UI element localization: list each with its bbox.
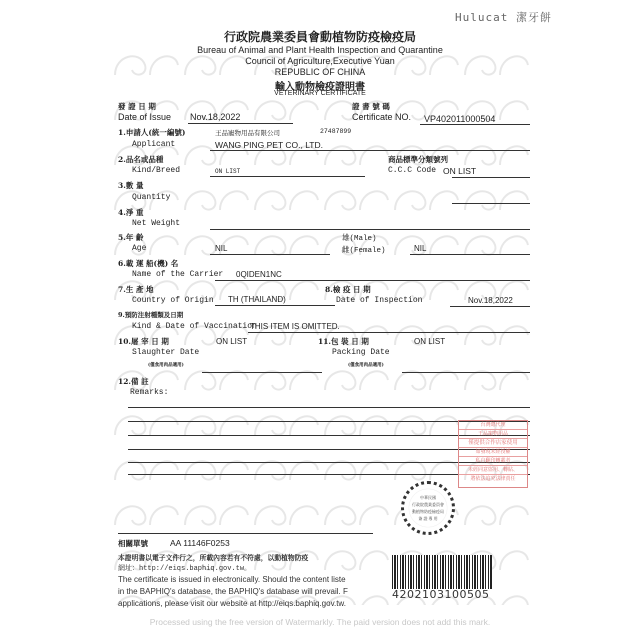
quantity-label-zh: 3.數 量 (118, 180, 143, 191)
age-value: NIL (215, 244, 227, 253)
council-name: Council of Agriculture,Executive Yuan (0, 56, 640, 66)
net-weight-label-en: Net Weight (132, 219, 180, 228)
notice-url-zh: 網址：http://eiqs.baphiq.gov.tw。 (118, 563, 251, 573)
vaccination-label-en: Kind & Date of Vaccination (132, 322, 257, 331)
kind-label-zh: 2.品名或品種 (118, 154, 163, 165)
kind-label-en: Kind/Breed (132, 166, 180, 175)
reference-label: 相關單號 (118, 538, 148, 549)
male-label: 雄(Male) (342, 232, 377, 243)
barcode-number: 4202103100505 (392, 588, 489, 601)
applicant-label-en: Applicant (132, 140, 175, 149)
age-label-en: Age (132, 244, 146, 253)
reference-value: AA 11146F0253 (170, 538, 230, 548)
applicant-value-zh: 王品寵物用品有限公司 (215, 128, 280, 137)
slaughter-value: ON LIST (216, 337, 247, 346)
female-label: 雌(Female) (342, 244, 386, 255)
slaughter-note: (僅食用肉品適用) (148, 362, 184, 368)
notice-en-line1: The certificate is issued in electronica… (118, 575, 346, 584)
ccc-label-en: C.C.C Code (388, 166, 436, 175)
remarks-label-en: Remarks: (130, 388, 168, 397)
applicant-label-zh: 1.申請人(統一編號) (118, 127, 185, 138)
inspection-date-value: Nov.18,2022 (468, 296, 513, 305)
packing-note: (僅食用肉品適用) (348, 362, 384, 368)
official-seal: 中華民國 行政院農業委員會 動植物防疫檢疫局 簽 證 專 用 (401, 481, 455, 535)
applicant-value-en: WANG PING PET CO., LTD. (215, 140, 323, 150)
distributor-stamp: 台灣總代理 王品寵物用品 僅提供合作店家使用 如發現未經授權 私自翻印轉載者 未… (458, 420, 528, 488)
quantity-label-en: Quantity (132, 193, 170, 202)
origin-value: TH (THAILAND) (228, 295, 286, 304)
vaccination-value: THIS ITEM IS OMITTED. (250, 322, 340, 331)
ccc-label-zh: 商品標準分類號列 (388, 154, 448, 165)
handwritten-note: Hulucat 潔牙餅 (455, 9, 552, 25)
doc-title-en: VETERINARY CERTIFICATE (0, 90, 640, 97)
sex-value: NIL (414, 244, 426, 253)
slaughter-label-zh: 10.屠 宰 日 期 (118, 336, 169, 347)
issue-date-label-zh: 發 證 日 期 (118, 101, 156, 112)
origin-label-en: Country of Origin (132, 296, 214, 305)
carrier-label-zh: 6.載 運 船(機) 名 (118, 258, 178, 269)
packing-value: ON LIST (414, 337, 445, 346)
packing-label-zh: 11.包 裝 日 期 (318, 336, 369, 347)
cert-no-label-en: Certificate NO. (352, 112, 411, 122)
cert-no-value: VP402011000504 (424, 114, 495, 124)
cert-no-label-zh: 證 書 號 碼 (352, 101, 390, 112)
net-weight-label-zh: 4.淨 重 (118, 207, 143, 218)
agency-name-zh: 行政院農業委員會動植物防疫檢疫局 (0, 28, 640, 45)
agency-name-en: Bureau of Animal and Plant Health Inspec… (0, 45, 640, 55)
ccc-value: ON LIST (443, 166, 476, 176)
kind-value: ON LIST (215, 168, 240, 175)
carrier-label-en: Name of the Carrier (132, 270, 223, 279)
issue-date-value: Nov.18,2022 (190, 112, 240, 122)
inspection-date-label-en: Date of Inspection (336, 296, 422, 305)
notice-en-line3: applications, please visit our website a… (118, 599, 346, 608)
notice-en-line2: in the BAPHIQ's database, the BAPHIQ's d… (118, 587, 348, 596)
packing-label-en: Packing Date (332, 348, 390, 357)
age-label-zh: 5.年 齡 (118, 232, 143, 243)
remarks-label-zh: 12.備 註 (118, 376, 149, 387)
origin-label-zh: 7.生 產 地 (118, 284, 154, 295)
vaccination-label-zh: 9.預防注射種類及日期 (118, 310, 183, 319)
inspection-date-label-zh: 8.檢 疫 日 期 (325, 284, 371, 295)
barcode (392, 555, 492, 589)
country-name: REPUBLIC OF CHINA (0, 67, 640, 77)
applicant-tax-id: 27487899 (320, 128, 351, 135)
carrier-value: 0QIDEN1NC (236, 270, 282, 279)
slaughter-label-en: Slaughter Date (132, 348, 199, 357)
watermark-text: Processed using the free version of Wate… (0, 617, 640, 627)
issue-date-label-en: Date of Issue (118, 112, 171, 122)
notice-zh: 本證明書以電子文件行之，所載內容若有不符處，以動植物防疫 (118, 552, 308, 562)
